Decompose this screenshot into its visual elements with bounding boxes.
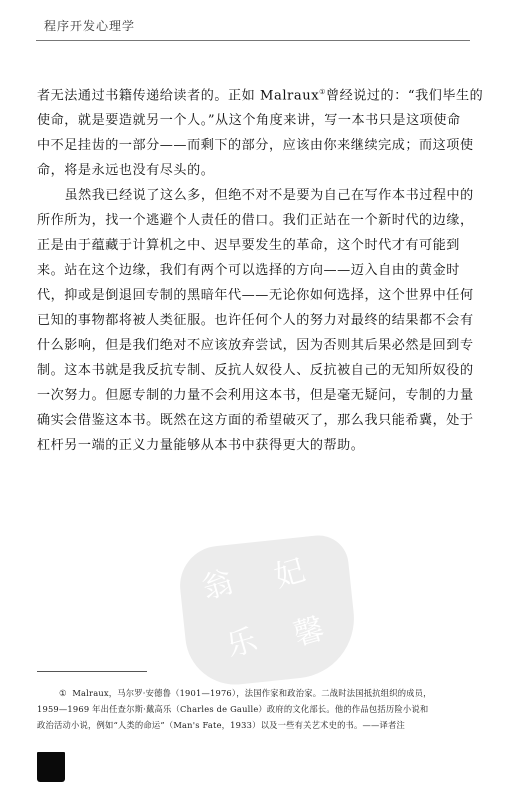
text-line: 所作所为，找一个逃避个人责任的借口。我们正站在一个新时代的边缘， (37, 208, 472, 233)
text-line: 正是由于蕴藏于计算机之中、迟早要发生的革命，这个时代才有可能到 (37, 233, 472, 258)
text-line: 虽然我已经说了这么多，但绝不对不是要为自己在写作本书过程中的 (37, 183, 472, 208)
page-edge-tab (37, 752, 65, 782)
footnote-rule (37, 671, 147, 672)
text-line: 杠杆另一端的正义力量能够从本书中获得更大的帮助。 (37, 433, 472, 458)
text-line: 代，抑或是倒退回专制的黑暗年代——无论你如何选择，这个世界中任何 (37, 283, 472, 308)
stamp-glyph: 妃 (268, 545, 309, 596)
text-line: 一次努力。但愿专制的力量不会利用这本书，但是毫无疑问，专制的力量 (37, 383, 472, 408)
footnote-line: 1959—1969 年出任查尔斯·戴高乐（Charles de Gaulle）政… (37, 701, 475, 717)
footnote-line: ① Malraux，马尔罗·安德鲁（1901—1976），法国作家和政治家。二战… (37, 685, 475, 701)
text-line: 中不足挂齿的一部分——而剩下的部分，应该由你来继续完成；而这项使 (37, 133, 472, 158)
text-line: 制。这本书就是我反抗专制、反抗人奴役人、反抗被自己的无知所奴役的 (37, 358, 472, 383)
running-head: 程序开发心理学 (44, 17, 135, 34)
stamp-watermark: 翁 妃 乐 馨 (176, 532, 360, 689)
text-line: 已知的事物都将被人类征服。也许任何个人的努力对最终的结果都不会有 (37, 308, 472, 333)
text-line: 者无法通过书籍传递给读者的。正如 Malraux①曾经说过的：“我们毕生的 (37, 80, 472, 108)
footnote-marker: ① (59, 688, 67, 698)
stamp-glyph: 馨 (288, 604, 329, 655)
text-line: 确实会借鉴这本书。既然在这方面的希望破灭了，那么我只能希冀，处于 (37, 408, 472, 433)
header-rule (36, 40, 470, 41)
text-line: 来。站在这个边缘，我们有两个可以选择的方向——迈入自由的黄金时 (37, 258, 472, 283)
text-line: 使命，就是要造就另一个人。”从这个角度来讲，写一本书只是这项使命 (37, 108, 472, 133)
footnote: ① Malraux，马尔罗·安德鲁（1901—1976），法国作家和政治家。二战… (37, 685, 475, 733)
footnote-line: 政治活动小说，例如“人类的命运”（Man's Fate，1933）以及一些有关艺… (37, 717, 475, 733)
text-line: 什么影响，但是我们绝对不应该放弃尝试，因为否则其后果必然是回到专 (37, 333, 472, 358)
paragraph-2: 虽然我已经说了这么多，但绝不对不是要为自己在写作本书过程中的 所作所为，找一个逃… (37, 183, 472, 458)
stamp-glyph: 乐 (220, 615, 261, 666)
body-text: 者无法通过书籍传递给读者的。正如 Malraux①曾经说过的：“我们毕生的 使命… (37, 80, 472, 458)
paragraph-1: 者无法通过书籍传递给读者的。正如 Malraux①曾经说过的：“我们毕生的 使命… (37, 80, 472, 183)
stamp-glyph: 翁 (196, 557, 237, 608)
footnote-reference[interactable]: ① (319, 88, 326, 96)
text-line: 命，将是永远也没有尽头的。 (37, 158, 472, 183)
